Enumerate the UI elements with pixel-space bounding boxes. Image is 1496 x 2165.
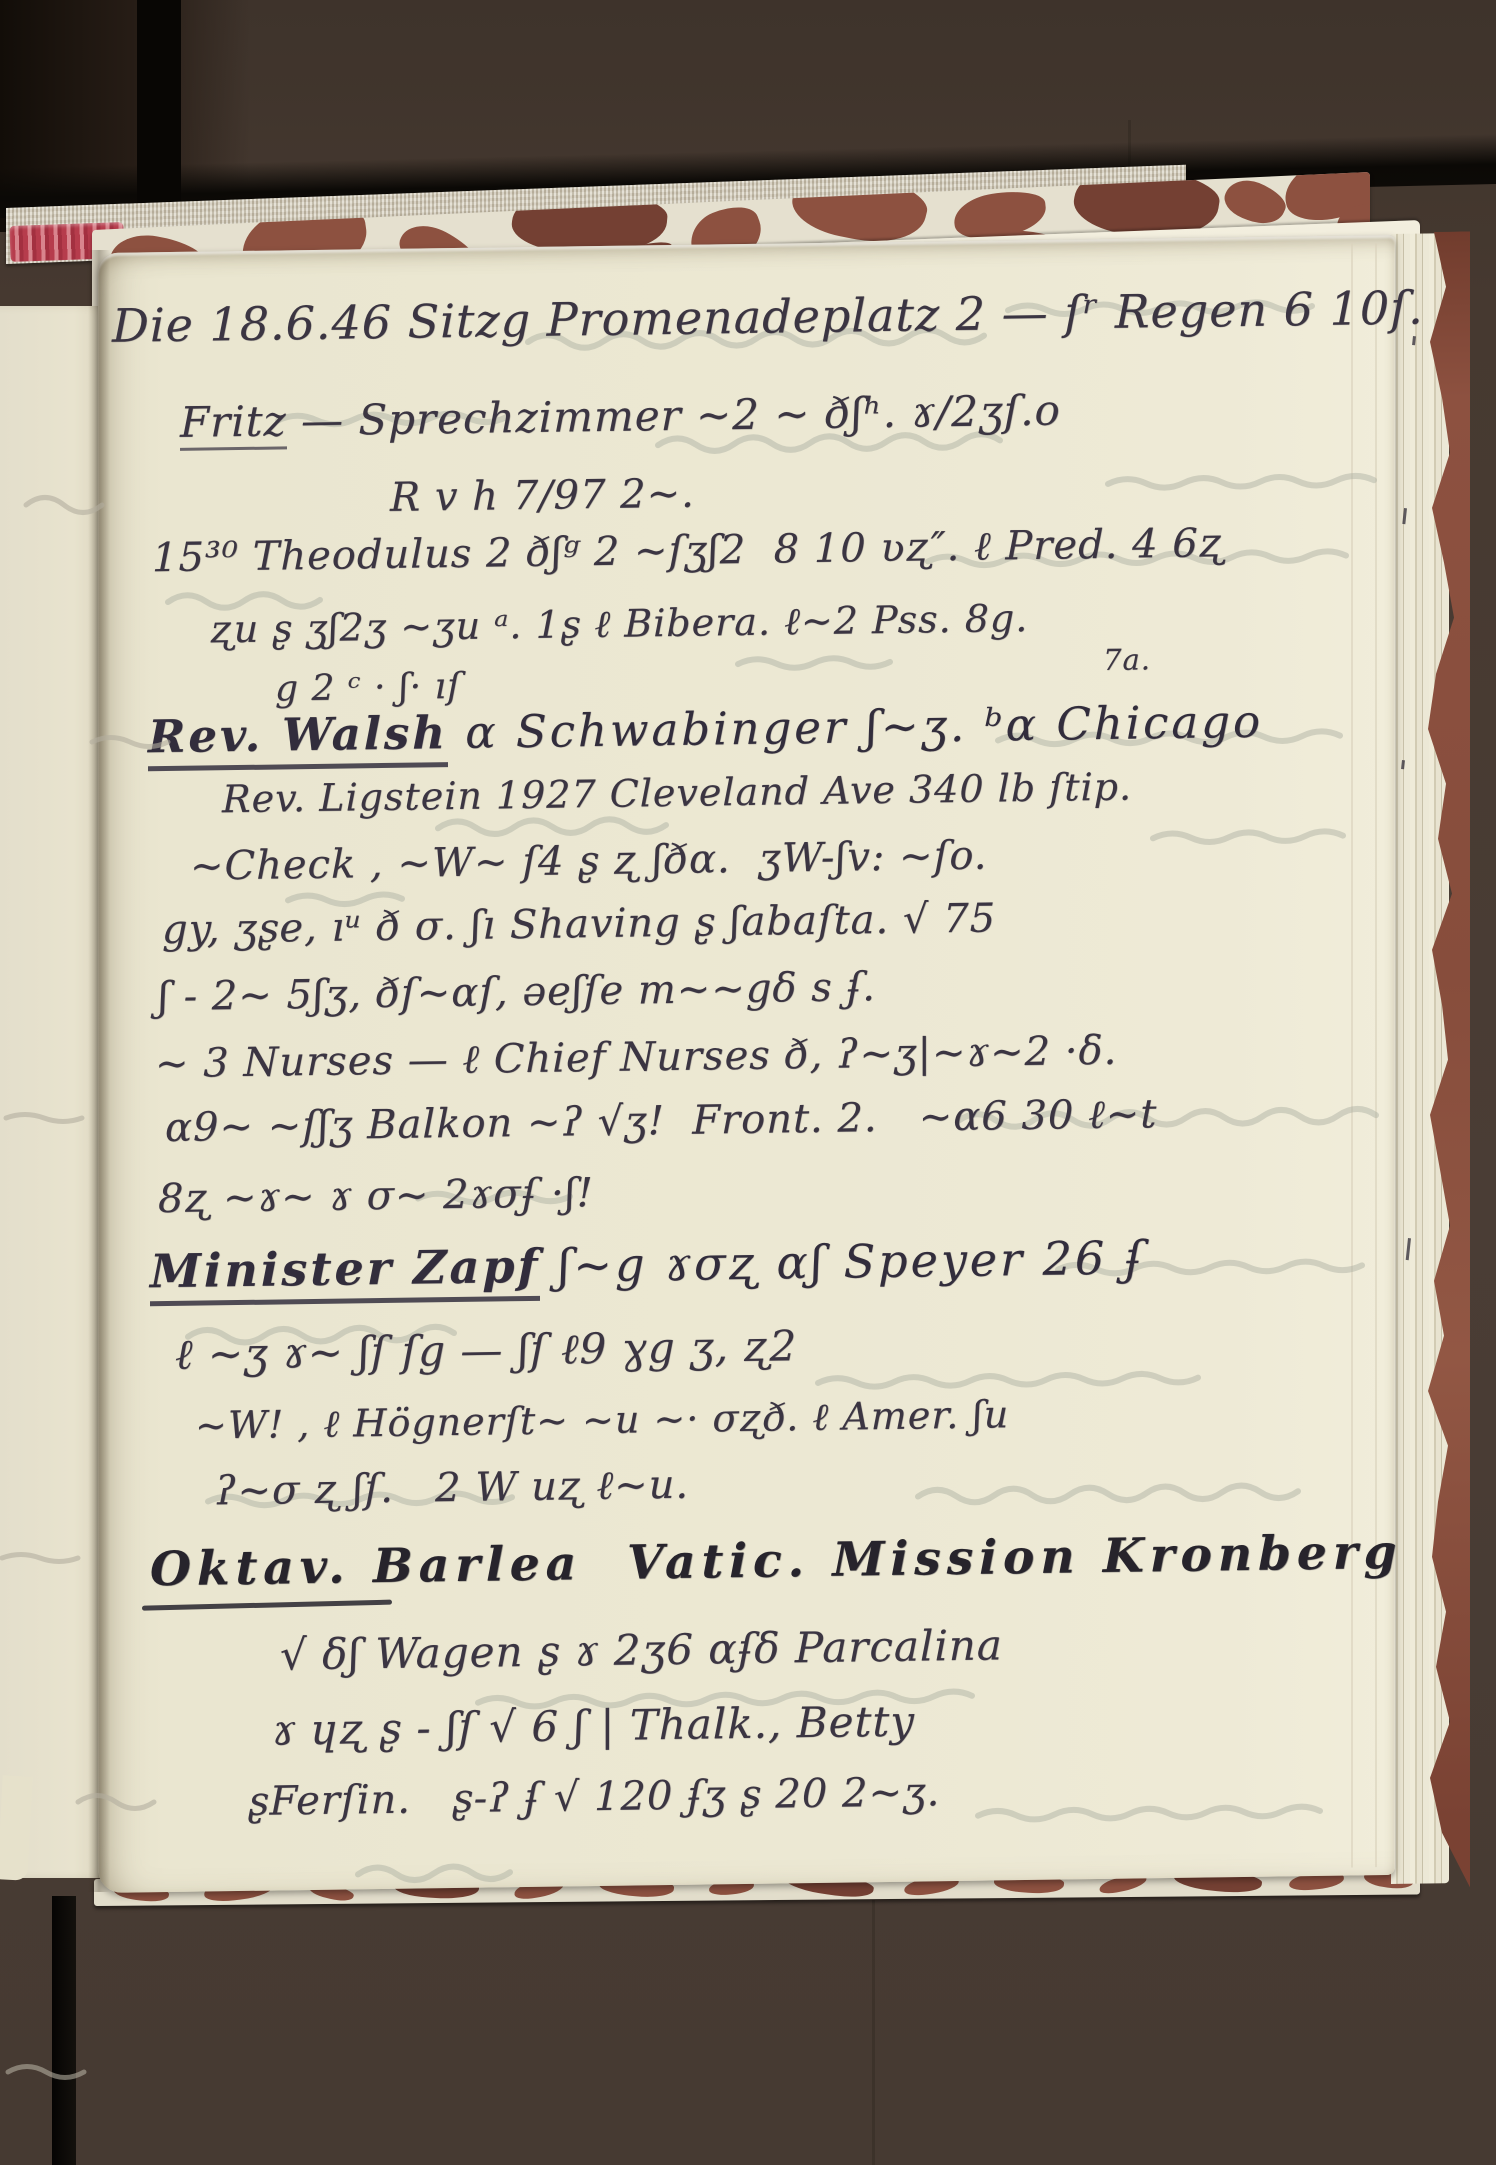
page-fold-line	[1351, 243, 1353, 1867]
handwritten-line: R v h 7/97 2∼.	[390, 471, 695, 521]
page-corner-wedge	[0, 1775, 33, 1880]
line-check: ∼Check , ∼W∼ ſ4 ʂ ʐ ʃðɑ. ʒW-ʃv: ∼ſo.	[190, 833, 987, 890]
spine-gap-bar	[137, 0, 181, 220]
line-date-sitzung: Die 18.6.46 Sitzg Promenadeplatz 2 — ſʳ …	[112, 280, 1424, 352]
line-balkon-front: ɑ9∼ ∼ſʃʒ Balkon ∼ʔ √ʒ! Front. 2. ∼ɑ6 30 …	[165, 1090, 1157, 1151]
page-fold-line	[1375, 243, 1377, 1867]
line-ligstein: Rev. Ligstein 1927 Cleveland Ave 340 lb …	[222, 765, 1132, 822]
handwritten-line: ʃ - 2∼ 5ʃʒ, ðſ∼ɑſ, əeʃſe m∼∼gδ s ʄ.	[158, 964, 876, 1020]
line-shaving: gy, ʒʂe, ıᵘ ð σ. ʃı Shaving ʂ ʃabaſta. √…	[162, 895, 996, 953]
page-stack-fore-edge	[1391, 233, 1449, 1884]
handwritten-line: ℓ ∼ʒ ɤ∼ ʃſ ſg — ʃſ ℓ9 ɣg ʒ, ʐ2	[175, 1321, 797, 1380]
diary-photograph: Die 18.6.46 Sitzg Promenadeplatz 2 — ſʳ …	[0, 0, 1496, 2165]
underlined-heading: Minister Zapf	[150, 1239, 540, 1306]
handwritten-line: ʐu ʂ ʒʃ2ʒ ∼ʒu ᵃ. 1ʂ ℓ Bibera. ℓ∼2 Pss. 8…	[210, 596, 1028, 652]
line-fritz: Fritz — Sprechzimmer ∼2 ∼ ðʃʰ. ɤ/2ʒſ.o	[180, 386, 1061, 447]
line-hognerstrasse: ∼W! , ℓ Högnerſt∼ ∼u ∼· σʐð. ℓ Amer. ʃu	[195, 1392, 1009, 1448]
line-thalk-betty: ɤ ɥʐ ʂ - ʃſ √ 6 ʃ | Thalk., Betty	[272, 1697, 915, 1755]
underlined-word: Fritz	[180, 396, 287, 450]
handwritten-line: g 2 ᶜ · ʃ· ıſ	[275, 666, 461, 710]
line-wagen-parcalina: √ δʃ Wagen ʂ ɤ 2ʒ6 αʄδ Parcalina	[280, 1620, 1003, 1679]
handwritten-line: 8ʐ ∼ɤ∼ ɤ σ∼ 2ɤσʄ ·ʃ!	[158, 1170, 594, 1222]
line-ferstin: ʂFerſin. ʂ-ʔ ʄ √ 120 ʄʒ ʂ 20 2∼ʒ.	[248, 1769, 940, 1825]
background-seam	[872, 1900, 875, 2165]
handwritten-line: ʔ∼σ ʐ ʃſ. 2 W uʐ ℓ∼u.	[215, 1461, 689, 1515]
underlined-heading: Rev. Walsh	[148, 706, 448, 771]
line-nurses: ∼ 3 Nurses — ℓ Chief Nurses ð, ʔ∼ʒ|∼ɤ∼2 …	[155, 1027, 1117, 1087]
entry-heading-oktav-barlea: Oktav. Barlea Vatic. Mission Kronberg	[150, 1525, 1402, 1597]
gutter-shadow	[88, 250, 110, 1892]
shadow-bar-bottom-left	[52, 1896, 76, 2165]
line-theodulus: 15³⁰ Theodulus 2 ðʃᵍ 2 ∼ſʒʃ2 8 10 ʋʐ″. ℓ…	[152, 519, 1224, 581]
marble-blob	[1219, 173, 1291, 231]
superscript-note: 7a.	[1103, 642, 1151, 677]
notebook-page: Die 18.6.46 Sitzg Promenadeplatz 2 — ſʳ …	[98, 235, 1395, 1893]
entry-heading-minister-zapf: Minister Zapf ʃ∼g ɤσʐ ɑʃ Speyer 26 ʄ	[150, 1230, 1145, 1298]
underlined-heading: Oktav. Barlea	[150, 1536, 582, 1597]
